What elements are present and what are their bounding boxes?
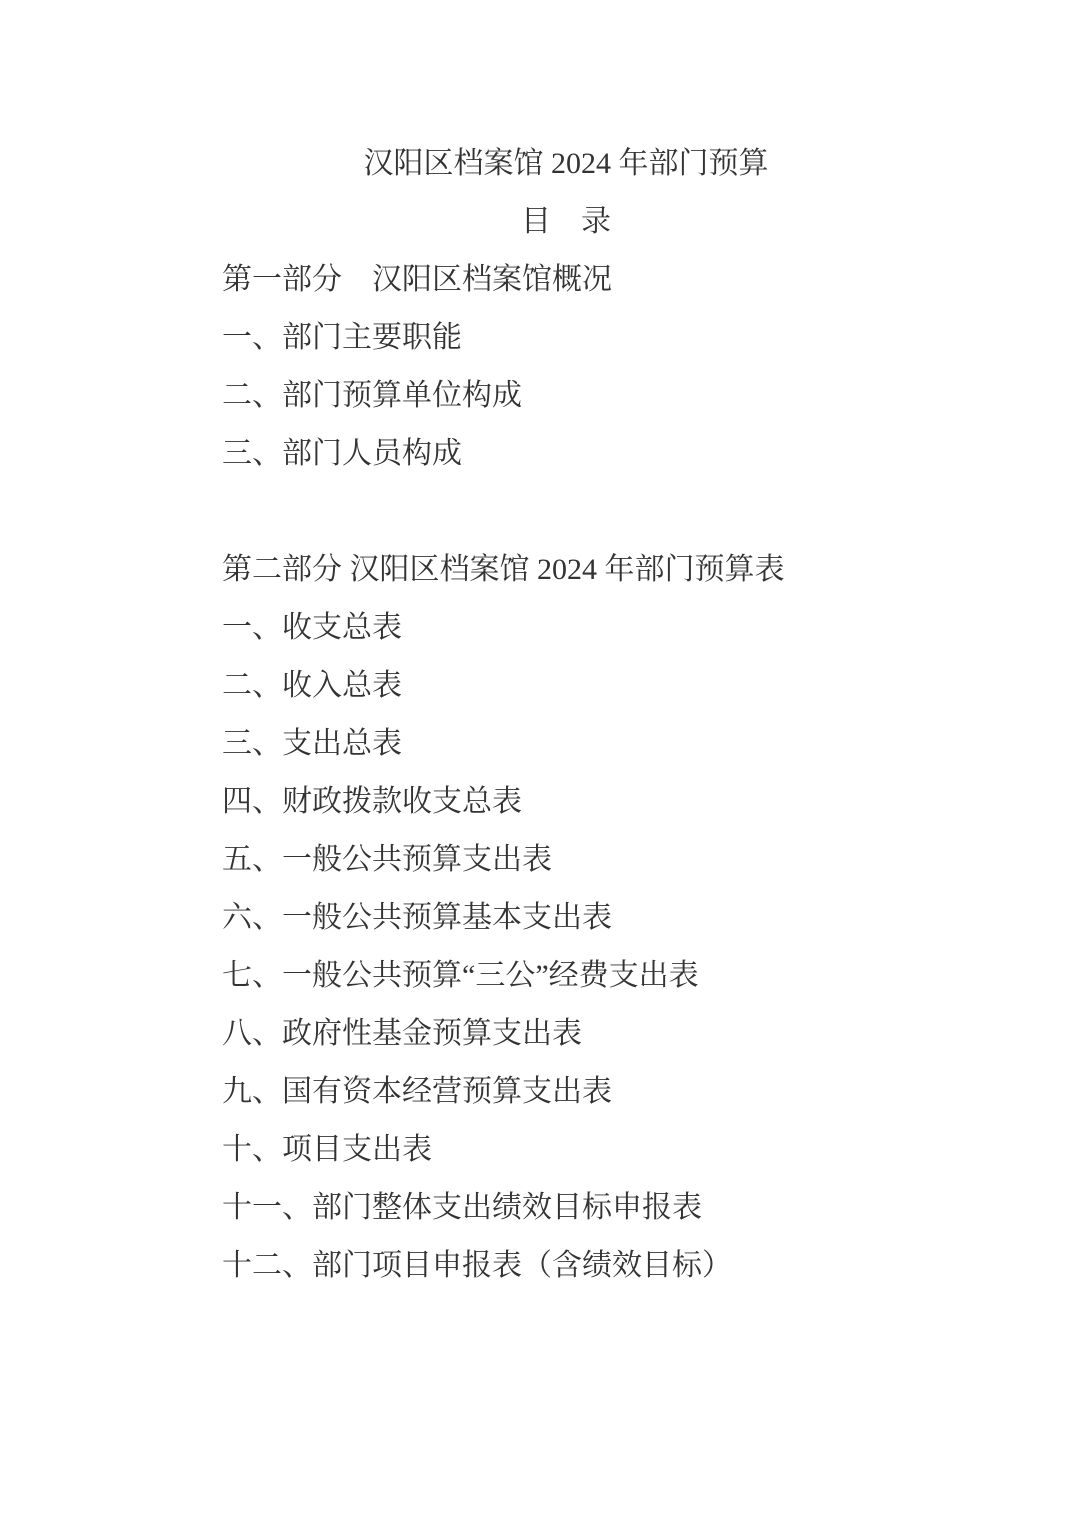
- part-2-item-10: 十、项目支出表: [222, 1121, 910, 1179]
- part-2-item-6: 六、一般公共预算基本支出表: [222, 889, 910, 947]
- toc-heading: 目 录: [222, 193, 910, 251]
- toc-content: 汉阳区档案馆 2024 年部门预算 目 录 第一部分 汉阳区档案馆概况 一、部门…: [222, 135, 910, 1295]
- part-2-item-5: 五、一般公共预算支出表: [222, 831, 910, 889]
- part-2-heading: 第二部分 汉阳区档案馆 2024 年部门预算表: [222, 541, 910, 599]
- part-1-item-3: 三、部门人员构成: [222, 425, 910, 483]
- document-page: 汉阳区档案馆 2024 年部门预算 目 录 第一部分 汉阳区档案馆概况 一、部门…: [0, 0, 1074, 1520]
- part-1-heading: 第一部分 汉阳区档案馆概况: [222, 251, 910, 309]
- part-1-item-2: 二、部门预算单位构成: [222, 367, 910, 425]
- part-2-item-11: 十一、部门整体支出绩效目标申报表: [222, 1179, 910, 1237]
- part-2-item-7: 七、一般公共预算“三公”经费支出表: [222, 947, 910, 1005]
- part-2-item-3: 三、支出总表: [222, 715, 910, 773]
- part-1-item-1: 一、部门主要职能: [222, 309, 910, 367]
- part-2-item-9: 九、国有资本经营预算支出表: [222, 1063, 910, 1121]
- part-2-item-4: 四、财政拨款收支总表: [222, 773, 910, 831]
- part-2-item-2: 二、收入总表: [222, 657, 910, 715]
- part-2-item-8: 八、政府性基金预算支出表: [222, 1005, 910, 1063]
- blank-line: [222, 483, 910, 541]
- document-title: 汉阳区档案馆 2024 年部门预算: [222, 135, 910, 193]
- part-2-item-12: 十二、部门项目申报表（含绩效目标）: [222, 1237, 910, 1295]
- part-2-item-1: 一、收支总表: [222, 599, 910, 657]
